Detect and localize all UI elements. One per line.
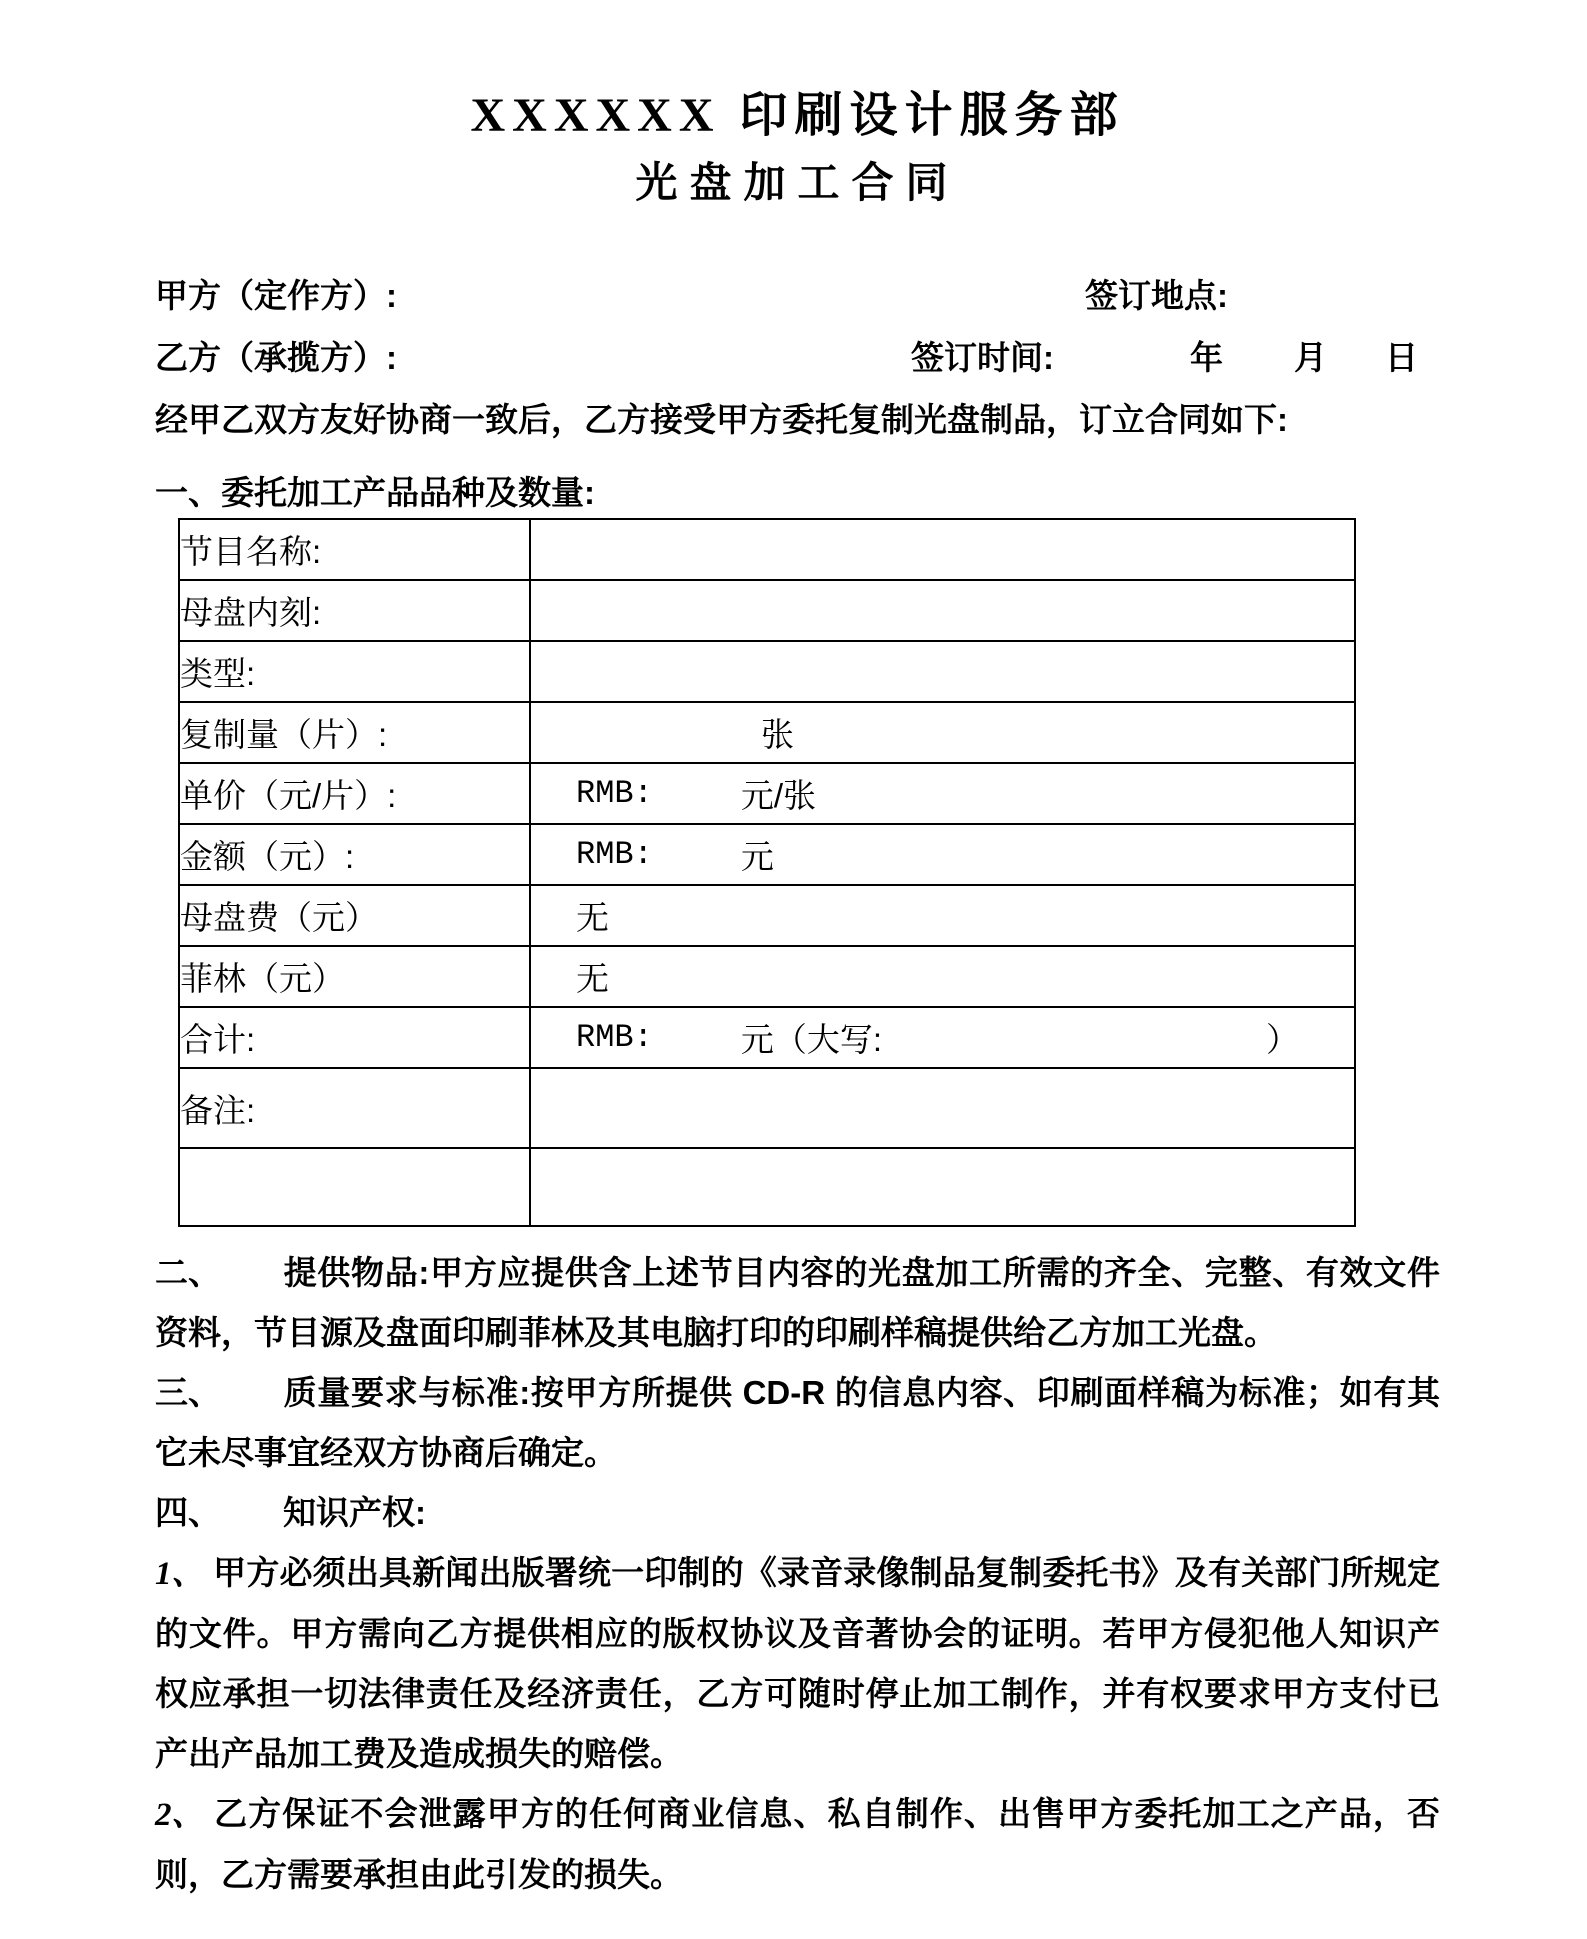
sign-time-label: 签订时间: bbox=[911, 324, 1054, 386]
value-unit: 元/张 bbox=[741, 770, 816, 817]
table-row-film-fee: 菲林（元） 无 bbox=[179, 946, 1355, 1007]
row-label bbox=[179, 1148, 530, 1226]
row-value: RMB:元 bbox=[530, 824, 1355, 885]
section-2-number: 二、 bbox=[155, 1243, 283, 1303]
row-value bbox=[530, 1068, 1355, 1148]
table-row-master-engrave: 母盘内刻: bbox=[179, 580, 1355, 641]
row-value bbox=[530, 519, 1355, 580]
date-month-label: 月 bbox=[1294, 324, 1327, 386]
row-label: 母盘费（元） bbox=[179, 885, 530, 946]
section-3-number: 三、 bbox=[155, 1363, 283, 1423]
row-value: RMB:元（大写:） bbox=[530, 1007, 1355, 1068]
row-label: 合计: bbox=[179, 1007, 530, 1068]
contract-page: XXXXXX 印刷设计服务部 光盘加工合同 甲方（定作方）: 签订地点: 乙方（… bbox=[0, 0, 1587, 1905]
intro-line: 经甲乙双方友好协商一致后，乙方接受甲方委托复制光盘制品，订立合同如下: bbox=[155, 386, 1440, 448]
party-b-line: 乙方（承揽方）: 签订时间: 年 月 日 bbox=[155, 324, 1440, 386]
ip-item-1-number: 1、 bbox=[155, 1544, 213, 1604]
ip-item-1: 1、甲方必须出具新闻出版署统一印制的《录音录像制品复制委托书》及有关部门所规定的… bbox=[155, 1543, 1440, 1784]
section-4-ip: 四、知识产权: bbox=[155, 1483, 1440, 1543]
section-3-quality: 三、质量要求与标准:按甲方所提供 CD-R 的信息内容、印刷面样稿为标准；如有其… bbox=[155, 1363, 1440, 1483]
ip-item-2: 2、乙方保证不会泄露甲方的任何商业信息、私自制作、出售甲方委托加工之产品，否则，… bbox=[155, 1784, 1440, 1905]
row-label: 母盘内刻: bbox=[179, 580, 530, 641]
table-row-copy-quantity: 复制量（片）: 张 bbox=[179, 702, 1355, 763]
table-row-empty bbox=[179, 1148, 1355, 1226]
party-a-label: 甲方（定作方）: bbox=[155, 270, 397, 317]
section1-heading: 一、委托加工产品品种及数量: bbox=[155, 462, 1440, 518]
row-label: 单价（元/片）: bbox=[179, 763, 530, 824]
row-value: 无 bbox=[530, 885, 1355, 946]
table-row-program-name: 节目名称: bbox=[179, 519, 1355, 580]
value-unit: 元（大写: bbox=[741, 1014, 882, 1061]
table-row-amount: 金额（元）: RMB:元 bbox=[179, 824, 1355, 885]
value-unit: 张 bbox=[761, 709, 794, 756]
value-text: 无 bbox=[576, 892, 609, 939]
ip-item-2-body: 乙方保证不会泄露甲方的任何商业信息、私自制作、出售甲方委托加工之产品，否则，乙方… bbox=[155, 1795, 1440, 1893]
row-label: 备注: bbox=[179, 1068, 530, 1148]
row-value bbox=[530, 580, 1355, 641]
intro-text: 经甲乙双方友好协商一致后，乙方接受甲方委托复制光盘制品，订立合同如下: bbox=[155, 394, 1288, 441]
rmb-label: RMB: bbox=[576, 775, 653, 812]
date-day-label: 日 bbox=[1385, 324, 1418, 386]
value-unit: 元 bbox=[741, 831, 774, 878]
page-title: XXXXXX 印刷设计服务部 bbox=[155, 86, 1440, 146]
party-a-line: 甲方（定作方）: 签订地点: bbox=[155, 262, 1440, 324]
rmb-label: RMB: bbox=[576, 1019, 653, 1056]
contract-clauses: 二、提供物品:甲方应提供含上述节目内容的光盘加工所需的齐全、完整、有效文件资料，… bbox=[155, 1243, 1440, 1905]
date-year-label: 年 bbox=[1190, 324, 1223, 386]
row-value: 张 bbox=[530, 702, 1355, 763]
table-row-master-fee: 母盘费（元） 无 bbox=[179, 885, 1355, 946]
ip-item-1-body: 甲方必须出具新闻出版署统一印制的《录音录像制品复制委托书》及有关部门所规定的文件… bbox=[155, 1554, 1440, 1772]
party-b-label: 乙方（承揽方）: bbox=[155, 332, 397, 379]
section-2-heading: 提供物品: bbox=[283, 1254, 429, 1291]
row-label: 复制量（片）: bbox=[179, 702, 530, 763]
table-row-unit-price: 单价（元/片）: RMB:元/张 bbox=[179, 763, 1355, 824]
row-label: 菲林（元） bbox=[179, 946, 530, 1007]
row-label: 金额（元）: bbox=[179, 824, 530, 885]
row-value bbox=[530, 641, 1355, 702]
close-paren: ） bbox=[1266, 1014, 1299, 1061]
section-4-heading: 知识产权: bbox=[283, 1494, 426, 1531]
ip-item-2-number: 2、 bbox=[155, 1785, 213, 1845]
table-row-total: 合计: RMB:元（大写:） bbox=[179, 1007, 1355, 1068]
row-value bbox=[530, 1148, 1355, 1226]
section-3-heading: 质量要求与标准: bbox=[283, 1374, 530, 1411]
sign-place-label: 签订地点: bbox=[1085, 262, 1228, 324]
contract-subtitle: 光盘加工合同 bbox=[155, 156, 1440, 212]
section-2-supplies: 二、提供物品:甲方应提供含上述节目内容的光盘加工所需的齐全、完整、有效文件资料，… bbox=[155, 1243, 1440, 1363]
rmb-label: RMB: bbox=[576, 836, 653, 873]
section-4-number: 四、 bbox=[155, 1483, 283, 1543]
row-label: 节目名称: bbox=[179, 519, 530, 580]
product-table: 节目名称: 母盘内刻: 类型: 复制量（片）: 张 单价（元/片）: RMB:元… bbox=[178, 518, 1356, 1227]
table-row-remarks: 备注: bbox=[179, 1068, 1355, 1148]
value-text: 无 bbox=[576, 953, 609, 1000]
table-row-type: 类型: bbox=[179, 641, 1355, 702]
row-value: RMB:元/张 bbox=[530, 763, 1355, 824]
row-label: 类型: bbox=[179, 641, 530, 702]
contract-header: 甲方（定作方）: 签订地点: 乙方（承揽方）: 签订时间: 年 月 日 经甲乙双… bbox=[155, 262, 1440, 448]
row-value: 无 bbox=[530, 946, 1355, 1007]
